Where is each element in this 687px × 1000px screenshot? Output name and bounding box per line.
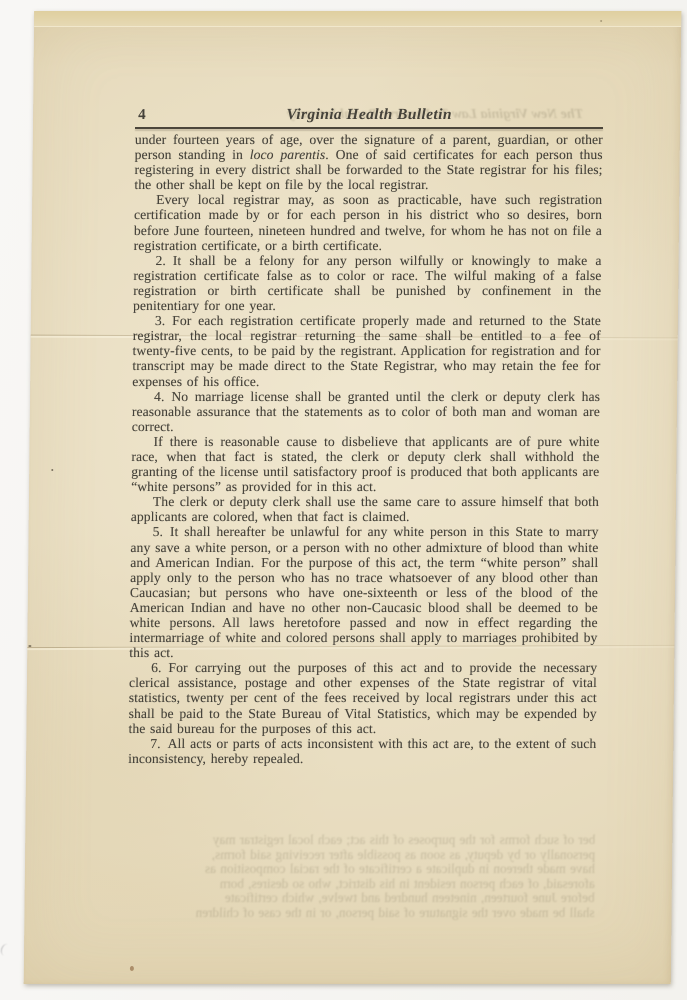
bleedthrough-line: ber of such forms for the purposes of th… bbox=[127, 833, 595, 848]
body-text: under fourteen years of age, over the si… bbox=[128, 132, 603, 766]
scanner-background-mark bbox=[0, 943, 13, 958]
document-page: The New Virginia Law To Preserve Racial … bbox=[24, 11, 682, 984]
header-rule bbox=[135, 127, 603, 129]
paragraph: 7. All acts or parts of acts inconsisten… bbox=[128, 736, 596, 766]
paragraph: The clerk or deputy clerk shall use the … bbox=[131, 494, 599, 524]
paragraph-text: Every local registrar may, as soon as pr… bbox=[134, 192, 603, 252]
bleedthrough-bottom-text: ber of such forms for the purposes of th… bbox=[126, 833, 595, 921]
paragraph-text: 2. It shall be a felony for any person w… bbox=[133, 253, 602, 313]
paragraph-text: If there is reasonable cause to disbelie… bbox=[131, 434, 600, 494]
bleedthrough-line: aforesaid, of each person resident in hi… bbox=[127, 877, 595, 892]
paragraph: 6. For carrying out the purposes of this… bbox=[128, 660, 597, 735]
italic-phrase: loco parentis bbox=[250, 147, 326, 162]
paragraph: 4. No marriage license shall be granted … bbox=[132, 389, 600, 434]
bleedthrough-line: shall be made over the signature of said… bbox=[126, 906, 594, 921]
paragraph: Every local registrar may, as soon as pr… bbox=[134, 192, 603, 252]
paper-speck bbox=[28, 645, 31, 647]
paper-speck bbox=[130, 966, 134, 971]
bleedthrough-line: before June fourteen, nineteen hundred a… bbox=[127, 891, 595, 906]
paragraph: If there is reasonable cause to disbelie… bbox=[131, 434, 600, 494]
paragraph-text: 4. No marriage license shall be granted … bbox=[132, 389, 600, 434]
bleedthrough-line: have made thereon in duplicate a certifi… bbox=[127, 862, 595, 877]
bleedthrough-line: personally or by deputy, as soon as poss… bbox=[127, 848, 595, 863]
paragraph: 5. It shall hereafter be unlawful for an… bbox=[129, 524, 598, 660]
paper-speck bbox=[51, 469, 53, 471]
paragraph: 2. It shall be a felony for any person w… bbox=[133, 253, 602, 313]
paper-speck bbox=[600, 20, 602, 22]
paragraph: under fourteen years of age, over the si… bbox=[134, 132, 603, 192]
paragraph-text: 7. All acts or parts of acts inconsisten… bbox=[128, 736, 596, 766]
paragraph-text: The clerk or deputy clerk shall use the … bbox=[131, 494, 599, 524]
paragraph-text: 6. For carrying out the purposes of this… bbox=[128, 660, 597, 735]
paragraph-text: 3. For each registration certificate pro… bbox=[132, 313, 601, 388]
scanned-document-view: The New Virginia Law To Preserve Racial … bbox=[0, 0, 687, 1000]
paragraph: 3. For each registration certificate pro… bbox=[132, 313, 601, 388]
paper-top-edge bbox=[34, 11, 681, 27]
paragraph-text: 5. It shall hereafter be unlawful for an… bbox=[129, 524, 598, 660]
running-title: Virginia Health Bulletin bbox=[135, 106, 603, 124]
